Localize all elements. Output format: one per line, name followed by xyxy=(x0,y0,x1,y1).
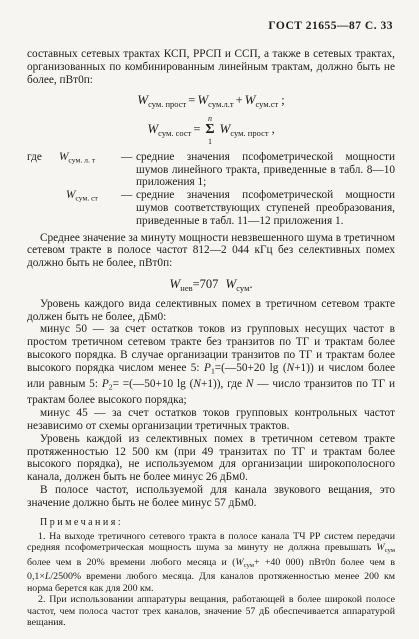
subscript: сум xyxy=(236,283,249,293)
equals-sign: = xyxy=(193,277,200,291)
sum-lower-limit: 1 xyxy=(208,138,212,146)
text-segment: W xyxy=(235,557,243,568)
notes-section: Примечания: 1. На выходе третичного сете… xyxy=(27,517,395,629)
text-segment: сум xyxy=(244,562,254,569)
page-header: ГОСТ 21655—87 С. 33 xyxy=(27,20,393,32)
where-label: где xyxy=(27,151,59,189)
sigma-icon: Σ xyxy=(205,123,214,138)
punctuation: ; xyxy=(278,93,284,107)
text-segment: +1)), где xyxy=(201,378,246,390)
text-segment: P xyxy=(204,362,211,374)
w-variable: W xyxy=(169,276,180,291)
document-page: ГОСТ 21655—87 С. 33 составных сетевых тр… xyxy=(0,0,419,639)
w-variable: W xyxy=(137,92,148,107)
paragraph-broadcast-band: В полосе частот, используемой для канала… xyxy=(27,484,395,510)
text-segment: 1. На выходе третичного сетевого тракта … xyxy=(27,531,395,553)
coefficient-value: 707 xyxy=(200,277,226,291)
equals-sign: = xyxy=(186,93,197,107)
where-description: средние значения псофометрической мощнос… xyxy=(136,151,395,189)
text-segment: P xyxy=(102,378,109,390)
w-variable: Wсум. л. т xyxy=(59,151,121,189)
subscript: сум.ст xyxy=(255,99,278,109)
punctuation: , xyxy=(269,122,275,136)
summation-symbol: nΣ1 xyxy=(205,115,214,146)
note-2: 2. При использовании аппаратуры вещания,… xyxy=(27,594,395,628)
text-segment: сум xyxy=(385,547,395,554)
equals-sign: = xyxy=(191,122,202,136)
w-variable: W xyxy=(225,276,236,291)
paragraph-mean-unweighted-noise: Среднее значение за минуту мощности невз… xyxy=(27,232,395,270)
text-segment: = =(—50+10 lg ( xyxy=(113,378,194,390)
subscript: сум.л.т xyxy=(208,99,233,109)
w-variable: W xyxy=(245,92,256,107)
subscript: сум. прост xyxy=(148,99,186,109)
subscript: нев xyxy=(180,283,192,293)
subscript: сум. сост xyxy=(158,128,191,138)
paragraph-12500-km: Уровень каждой из селективных помех в тр… xyxy=(27,433,395,484)
subscript: сум. л. т xyxy=(68,155,95,164)
plus-sign: + xyxy=(234,93,245,107)
punctuation: . xyxy=(249,277,252,291)
where-description: средние значения псофометрической мощнос… xyxy=(136,189,395,227)
text-segment: =(—50+20 lg ( xyxy=(215,362,287,374)
formula-sum-simple: Wсум. прост=Wсум.л.т+Wсум.ст; xyxy=(27,92,395,109)
formula-unweighted-noise: Wнев=707Wсум. xyxy=(27,276,395,293)
paragraph-minus-50: минус 50 — за счет остатков токов из гру… xyxy=(27,323,395,407)
where-item-line-tract: где Wсум. л. т — средние значения псофом… xyxy=(27,151,395,189)
subscript: сум. прост xyxy=(230,128,268,138)
gost-number: ГОСТ 21655—87 С. 33 xyxy=(268,20,393,32)
formula-sum-composite: Wсум. сост=nΣ1Wсум. прост, xyxy=(27,115,395,146)
w-variable: Wсум. ст xyxy=(59,189,121,227)
paragraph-minus-45: минус 45 — за счет остатков токов группо… xyxy=(27,407,395,433)
note-1: 1. На выходе третичного сетевого тракта … xyxy=(27,531,395,594)
where-item-conversion-stages: Wсум. ст — средние значения псофометриче… xyxy=(27,189,395,227)
dash: — xyxy=(121,151,136,189)
where-label-empty xyxy=(27,189,59,227)
text-segment: более чем в 20% времени любого месяца и … xyxy=(27,557,235,568)
w-variable: W xyxy=(220,121,231,136)
paragraph-selective-interference-level: Уровень каждого вида селективных помех в… xyxy=(27,298,395,324)
where-block: где Wсум. л. т — средние значения псофом… xyxy=(27,151,395,228)
subscript: сум. ст xyxy=(75,194,98,203)
text-segment: W xyxy=(376,542,384,553)
w-variable: W xyxy=(147,121,158,136)
w-variable: W xyxy=(197,92,208,107)
text-segment: /2500% времени любого месяца. Для канало… xyxy=(27,571,395,593)
text-segment: N xyxy=(193,378,201,390)
notes-heading: Примечания: xyxy=(27,517,395,528)
dash: — xyxy=(121,189,136,227)
paragraph-intro: составных сетевых трактах КСП, РРСП и СС… xyxy=(27,48,395,86)
